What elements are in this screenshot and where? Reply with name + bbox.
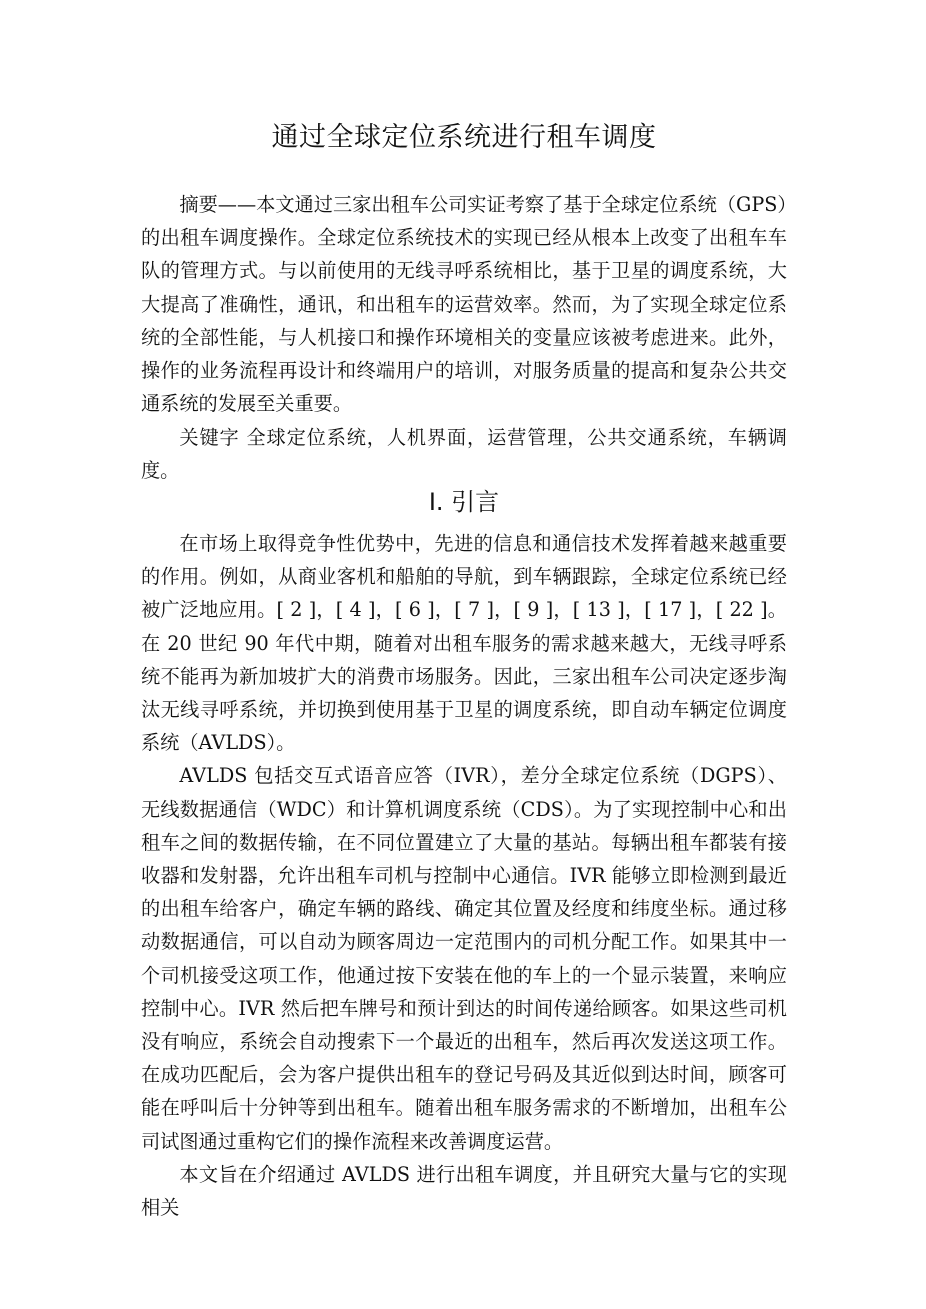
abstract-block: 摘要——本文通过三家出租车公司实证考察了基于全球定位系统（GPS）的出租车调度操… bbox=[141, 188, 787, 420]
body-paragraph: AVLDS 包括交互式语音应答（IVR），差分全球定位系统（DGPS）、无线数据… bbox=[141, 759, 787, 1157]
keywords-block: 关键字 全球定位系统，人机界面，运营管理，公共交通系统，车辆调度。 bbox=[141, 421, 787, 487]
section-heading-introduction: I. 引言 bbox=[141, 484, 787, 520]
body-paragraph: 本文旨在介绍通过 AVLDS 进行出租车调度，并且研究大量与它的实现相关 bbox=[141, 1158, 787, 1224]
body-paragraph: 在市场上取得竞争性优势中，先进的信息和通信技术发挥着越来越重要的作用。例如，从商… bbox=[141, 527, 787, 759]
paper-title: 通过全球定位系统进行租车调度 bbox=[141, 118, 787, 158]
keywords-paragraph: 关键字 全球定位系统，人机界面，运营管理，公共交通系统，车辆调度。 bbox=[141, 421, 787, 487]
abstract-paragraph: 摘要——本文通过三家出租车公司实证考察了基于全球定位系统（GPS）的出租车调度操… bbox=[141, 188, 787, 420]
introduction-body: 在市场上取得竞争性优势中，先进的信息和通信技术发挥着越来越重要的作用。例如，从商… bbox=[141, 527, 787, 1224]
